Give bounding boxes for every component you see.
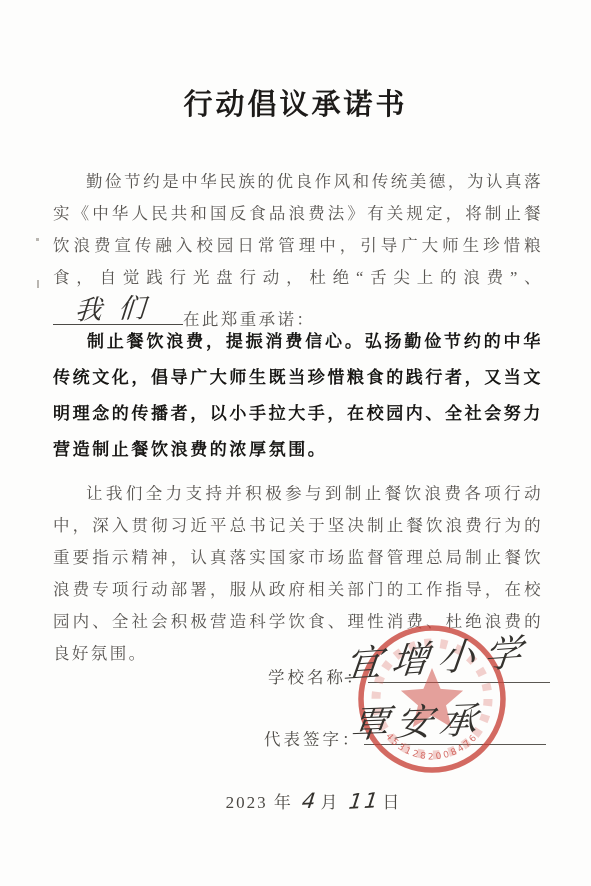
- handwritten-day: 11: [347, 788, 381, 814]
- inline-fill-blank: 我们: [53, 294, 183, 325]
- handwritten-we: 我们: [52, 292, 185, 329]
- date-month-unit: 月: [320, 793, 339, 812]
- date-year-unit: 年: [274, 793, 293, 812]
- paragraph-intro: 勤俭节约是中华民族的优良作风和传统美德，为认真落实《中华人民共和国反食品浪费法》…: [53, 166, 543, 336]
- date-line: 2023 年 4月 11日: [0, 788, 591, 813]
- scanned-commitment-letter: 行动倡议承诺书 勤俭节约是中华民族的优良作风和传统美德，为认真落实《中华人民共和…: [0, 0, 591, 886]
- paragraph-intro-text: 勤俭节约是中华民族的优良作风和传统美德，为认真落实《中华人民共和国反食品浪费法》…: [53, 172, 543, 287]
- scan-speck: [37, 280, 39, 288]
- document-title: 行动倡议承诺书: [0, 82, 591, 123]
- date-year: 2023: [226, 793, 268, 812]
- representative-signature-label: 代表签字：: [264, 730, 362, 749]
- scan-speck: [36, 238, 39, 241]
- paragraph-pledge-bold: 制止餐饮浪费，提振消费信心。弘扬勤俭节约的中华传统文化，倡导广大师生既当珍惜粮食…: [53, 324, 543, 468]
- date-day-unit: 日: [382, 793, 401, 812]
- handwritten-representative-signature: 覃安承: [348, 690, 487, 749]
- handwritten-month: 4: [301, 789, 319, 814]
